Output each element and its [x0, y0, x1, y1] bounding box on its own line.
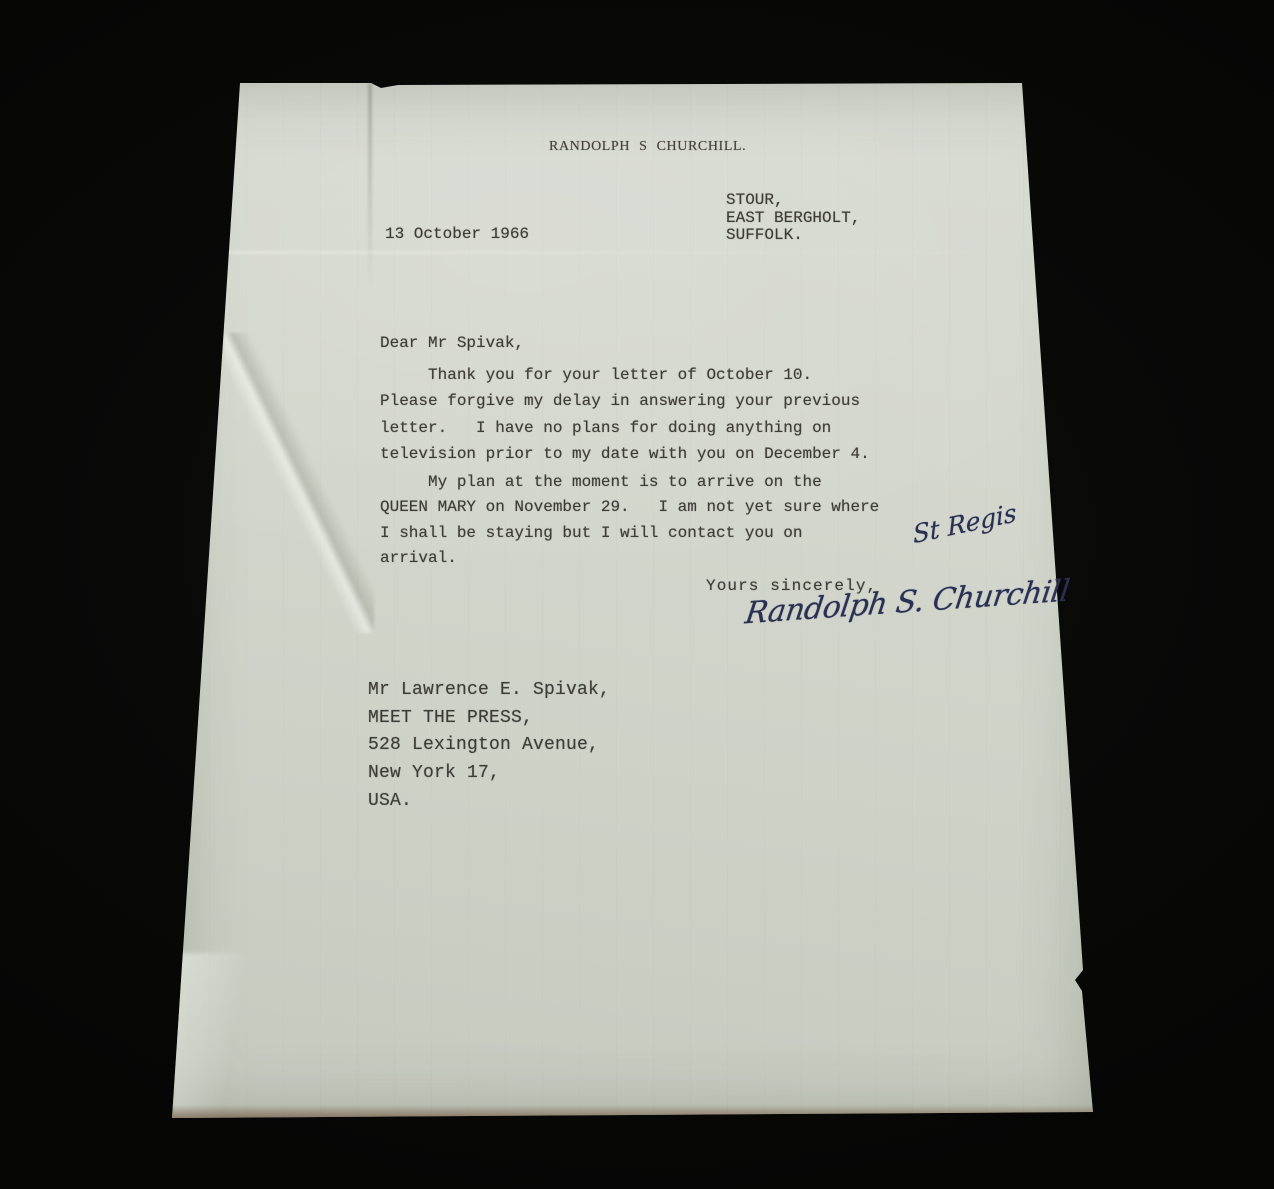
- text-line: television prior to my date with you on …: [380, 441, 870, 467]
- paper-crease-diagonal: [224, 333, 374, 633]
- text-line: New York 17,: [368, 760, 610, 788]
- text-line: MEET THE PRESS,: [368, 705, 610, 733]
- text-line: Please forgive my delay in answering you…: [380, 388, 870, 414]
- text-line: letter. I have no plans for doing anythi…: [380, 415, 870, 441]
- paper-crease-bottom-left: [172, 953, 252, 1123]
- text-line: SUFFOLK.: [726, 227, 860, 245]
- text-line: arrival.: [380, 546, 879, 571]
- text-line: Thank you for your letter of October 10.: [380, 362, 870, 388]
- text-line: Mr Lawrence E. Spivak,: [368, 677, 610, 705]
- photo-background: RANDOLPH S CHURCHILL. STOUR,EAST BERGHOL…: [0, 0, 1274, 1189]
- recipient-address-block: Mr Lawrence E. Spivak,MEET THE PRESS,528…: [368, 677, 610, 816]
- body-paragraph-1: Thank you for your letter of October 10.…: [380, 362, 870, 467]
- sender-address-block: STOUR,EAST BERGHOLT,SUFFOLK.: [726, 192, 860, 245]
- text-line: STOUR,: [726, 192, 860, 210]
- text-line: I shall be staying but I will contact yo…: [380, 521, 879, 546]
- text-line: EAST BERGHOLT,: [726, 210, 860, 228]
- salutation-text: Dear Mr Spivak,: [380, 334, 524, 352]
- date-text: 13 October 1966: [385, 225, 529, 243]
- letterhead-text: RANDOLPH S CHURCHILL.: [549, 139, 746, 155]
- text-line: My plan at the moment is to arrive on th…: [380, 470, 879, 495]
- text-line: QUEEN MARY on November 29. I am not yet …: [380, 495, 879, 520]
- body-paragraph-2: My plan at the moment is to arrive on th…: [380, 470, 879, 571]
- text-line: 528 Lexington Avenue,: [368, 732, 610, 760]
- paper-edge-shadow-bottom: [172, 1105, 1093, 1119]
- text-line: USA.: [368, 788, 610, 816]
- paper-crease-vertical: [368, 83, 372, 293]
- paper-crease-horizontal: [172, 251, 1093, 254]
